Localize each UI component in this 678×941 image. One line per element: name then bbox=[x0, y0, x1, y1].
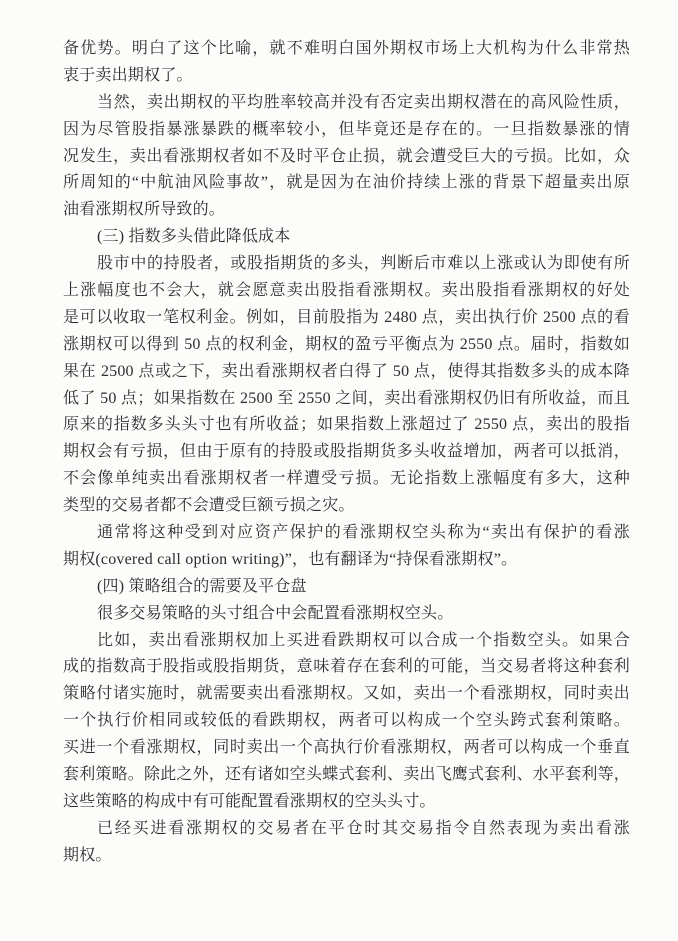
text-line: 期权(covered call option writing)”，也有翻译为“持… bbox=[63, 547, 630, 574]
text-line: 所周知的“中航油风险事故”，就是因为在油价持续上涨的背景下超量卖出原 bbox=[63, 170, 630, 197]
text-line: 买进一个看涨期权，同时卖出一个高执行价看涨期权，两者可以构成一个垂直 bbox=[63, 735, 630, 762]
text-line: 已经买进看涨期权的交易者在平仓时其交易指令自然表现为卖出看涨 bbox=[63, 816, 630, 843]
text-line: 当然，卖出期权的平均胜率较高并没有否定卖出期权潜在的高风险性质， bbox=[63, 90, 630, 117]
text-line: 油看涨期权所导致的。 bbox=[63, 197, 630, 224]
text-line: 类型的交易者都不会遭受巨额亏损之灾。 bbox=[63, 493, 630, 520]
section-heading: (四) 策略组合的需要及平仓盘 bbox=[63, 574, 630, 601]
text-line: 上涨幅度也不会大，就会愿意卖出股指看涨期权。卖出股指看涨期权的好处 bbox=[63, 278, 630, 305]
text-line: 不会像单纯卖出看涨期权者一样遭受亏损。无论指数上涨幅度有多大，这种 bbox=[63, 466, 630, 493]
page-background: 备优势。明白了这个比喻，就不难明白国外期权市场上大机构为什么非常热衷于卖出期权了… bbox=[0, 0, 678, 941]
text-line: 因为尽管股指暴涨暴跌的概率较小，但毕竟还是存在的。一旦指数暴涨的情 bbox=[63, 117, 630, 144]
text-block: 备优势。明白了这个比喻，就不难明白国外期权市场上大机构为什么非常热衷于卖出期权了… bbox=[63, 36, 630, 870]
text-line: 期权会有亏损，但由于原有的持股或股指期货多头收益增加，两者可以抵消， bbox=[63, 439, 630, 466]
text-line: 原来的指数多头头寸也有所收益；如果指数上涨超过了 2550 点，卖出的股指 bbox=[63, 412, 630, 439]
scanned-book-page: { "page": { "background_color": "#fcfcfa… bbox=[0, 0, 678, 941]
text-line: 成的指数高于股指或股指期货，意味着存在套利的可能，当交易者将这种套利 bbox=[63, 654, 630, 681]
text-line: 果在 2500 点或之下，卖出看涨期权者白得了 50 点，使得其指数多头的成本降 bbox=[63, 359, 630, 386]
section-heading: (三) 指数多头借此降低成本 bbox=[63, 224, 630, 251]
text-line: 备优势。明白了这个比喻，就不难明白国外期权市场上大机构为什么非常热 bbox=[63, 36, 630, 63]
text-line: 策略付诸实施时，就需要卖出看涨期权。又如，卖出一个看涨期权，同时卖出 bbox=[63, 681, 630, 708]
text-line: 期权。 bbox=[63, 843, 630, 870]
text-line: 低了 50 点；如果指数在 2500 至 2550 之间，卖出看涨期权仍旧有所收… bbox=[63, 386, 630, 413]
text-line: 一个执行价相同或较低的看跌期权，两者可以构成一个空头跨式套利策略。 bbox=[63, 708, 630, 735]
text-line: 涨期权可以得到 50 点的权利金，期权的盈亏平衡点为 2550 点。届时，指数如 bbox=[63, 332, 630, 359]
text-line: 套利策略。除此之外，还有诸如空头蝶式套利、卖出飞鹰式套利、水平套利等， bbox=[63, 762, 630, 789]
text-line: 比如，卖出看涨期权加上买进看跌期权可以合成一个指数空头。如果合 bbox=[63, 628, 630, 655]
text-line: 况发生，卖出看涨期权者如不及时平仓止损，就会遭受巨大的亏损。比如，众 bbox=[63, 144, 630, 171]
text-line: 衷于卖出期权了。 bbox=[63, 63, 630, 90]
text-line: 这些策略的构成中有可能配置看涨期权的空头头寸。 bbox=[63, 789, 630, 816]
text-line: 是可以收取一笔权利金。例如，目前股指为 2480 点，卖出执行价 2500 点的… bbox=[63, 305, 630, 332]
text-line: 通常将这种受到对应资产保护的看涨期权空头称为“卖出有保护的看涨 bbox=[63, 520, 630, 547]
text-line: 股市中的持股者，或股指期货的多头，判断后市难以上涨或认为即使有所 bbox=[63, 251, 630, 278]
text-line: 很多交易策略的头寸组合中会配置看涨期权空头。 bbox=[63, 601, 630, 628]
